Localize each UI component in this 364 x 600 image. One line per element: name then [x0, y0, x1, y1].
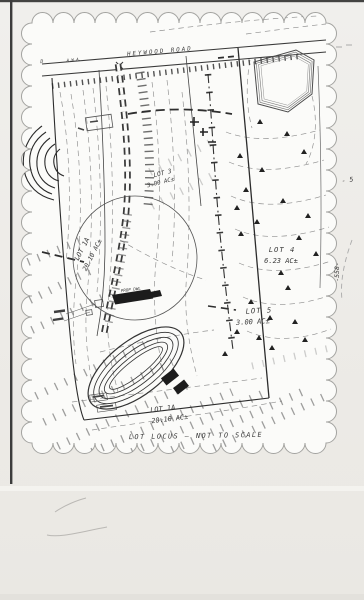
road-left-letter: D — [39, 59, 44, 65]
lot4-area: 6.23 AC± — [264, 257, 298, 265]
pencil-dashes-top-right — [336, 45, 352, 47]
pencil-creases — [47, 498, 107, 536]
lot4-name: LOT 4 — [269, 245, 296, 254]
lot5-name: LOT 5 — [245, 305, 272, 315]
margin-note-elevation: - 5 — [341, 175, 354, 185]
margin-note-558: -558- — [333, 262, 341, 282]
scan-crease-band — [0, 486, 364, 491]
scan-top-edge-line — [0, 0, 364, 2]
scan-bottom-shade — [0, 594, 364, 600]
plot-plan-svg: D A.W.A. HEYWOOD ROAD LOT 3 3.00 AC± LOT… — [0, 0, 364, 600]
left-margin-line — [10, 0, 12, 484]
pencil-dashed-curve-right — [341, 240, 352, 300]
scanned-plot-plan-photo: D A.W.A. HEYWOOD ROAD LOT 3 3.00 AC± LOT… — [0, 0, 364, 600]
